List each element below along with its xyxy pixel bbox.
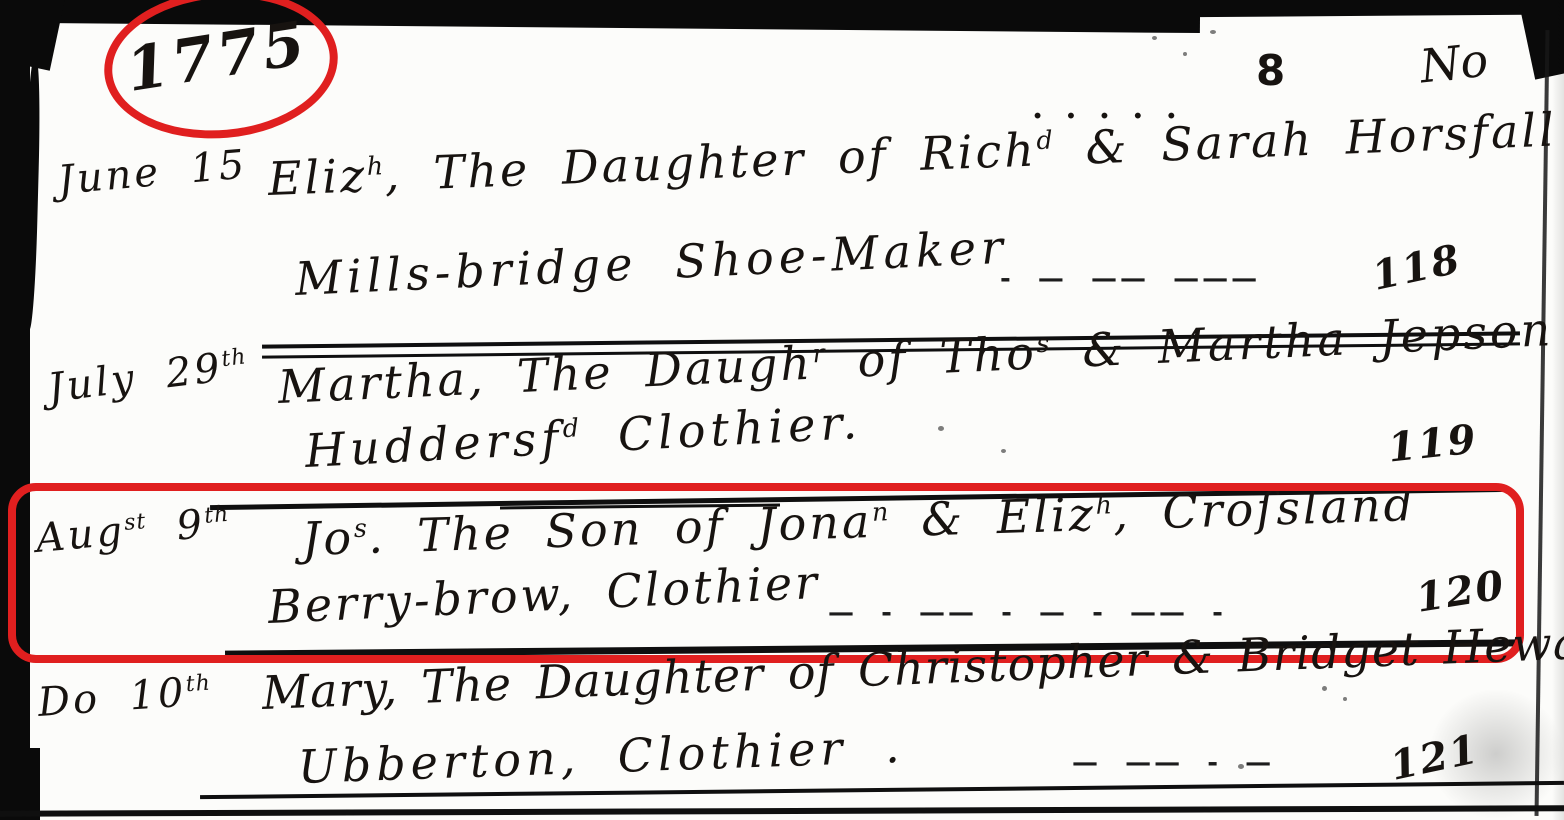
ink-speckle: [1183, 52, 1187, 56]
entry-date: Do 10th: [36, 668, 213, 726]
page-bottom-rule: [0, 805, 1564, 816]
ink-speckle: [1001, 449, 1006, 453]
ink-speckle: [1343, 697, 1347, 701]
ink-speckle: [1152, 36, 1157, 40]
entry-line2: Ubberton, Clothier .: [297, 719, 905, 794]
number-column-header: No: [1417, 33, 1490, 94]
entry-line2: Mills-bridge Shoe-Maker: [294, 220, 1009, 306]
binding-edge: [0, 0, 30, 820]
entry-line1: Elizh, The Daughter of Richd & Sarah Hor…: [267, 103, 1558, 206]
binding-edge: [0, 748, 40, 820]
entry-date: July 29th: [45, 342, 250, 412]
ink-speckle: [1210, 30, 1216, 34]
entry-date: June 15: [56, 142, 249, 204]
entry-number: 119: [1386, 415, 1480, 471]
ink-speckle: [1322, 686, 1327, 691]
scan-top-edge: [1140, 0, 1564, 17]
page-number: 8: [1256, 46, 1285, 95]
scanned-register-page: 1775 . . . . . 8 No June 15 Elizh, The D…: [0, 0, 1564, 820]
entry-line1: Martha, The Daughr of Thos & Martha Jeps…: [277, 302, 1555, 414]
entry-dash-filler: - — —— ———: [1000, 264, 1260, 294]
ink-speckle: [1238, 764, 1244, 769]
ink-speckle: [938, 426, 944, 431]
entry-dash-filler: — —— - —: [1072, 748, 1274, 778]
entry-number: 118: [1368, 235, 1465, 300]
